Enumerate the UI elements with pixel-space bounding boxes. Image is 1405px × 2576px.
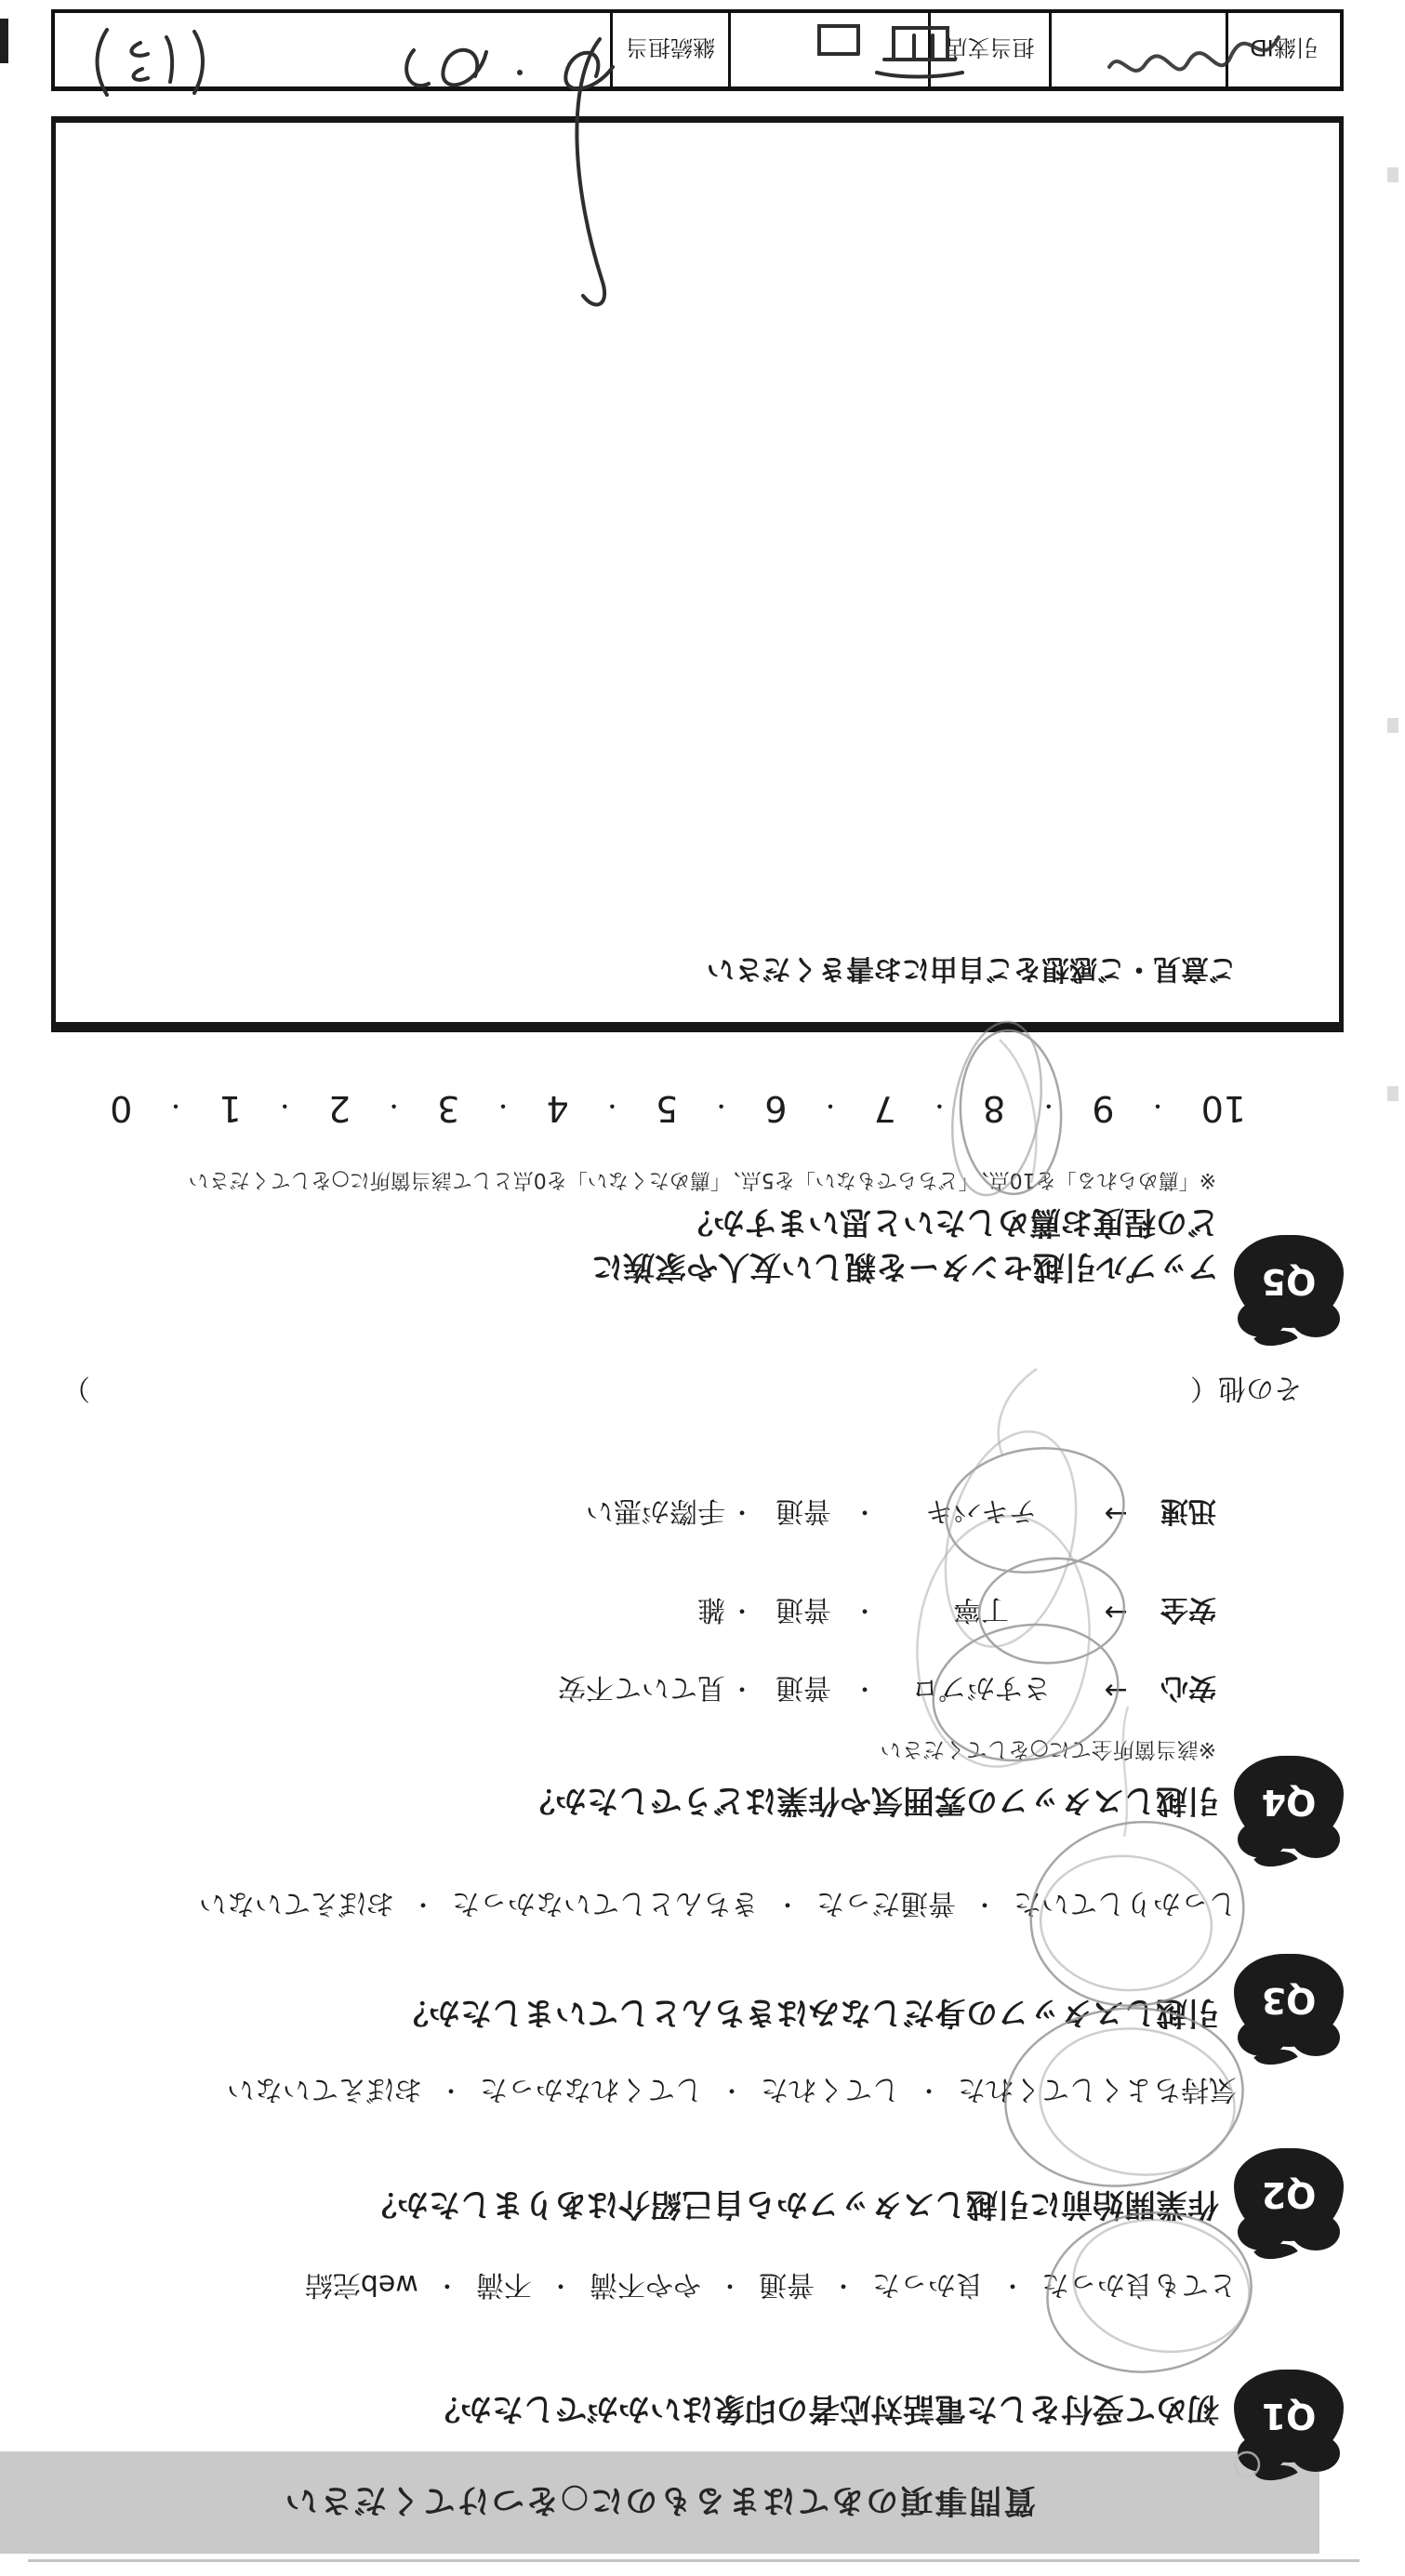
scale-separator: ・ — [492, 1093, 514, 1125]
scale-separator: ・ — [710, 1093, 733, 1125]
q4-option: 普通 — [759, 1670, 848, 1711]
option-separator: ・ — [411, 1890, 435, 1924]
q1-option: やや不満 — [590, 2267, 701, 2308]
scanned-questionnaire-page: 質問事項のあてはまるものに○をつけてください Q1 初めて受付をした電話対応者の… — [0, 0, 1405, 2576]
q3-options: しっかりしていた・ 普通だった・ きちんとしていなかった・ おぼえていない — [199, 1886, 1237, 1927]
q2-options: 気持ちよくしてくれた・ してくれた・ してくれなかった・ おぼえていない — [227, 2072, 1237, 2113]
option-separator: ・ — [549, 2271, 573, 2305]
q1-option: 良かった — [872, 2267, 984, 2308]
option-separator: ・ — [848, 1497, 881, 1532]
scale-separator: ・ — [383, 1093, 405, 1125]
option-separator: ・ — [1001, 2271, 1025, 2305]
questionnaire-document: 質問事項のあてはまるものに○をつけてください Q1 初めて受付をした電話対応者の… — [0, 0, 1405, 2576]
option-separator: ・ — [725, 1497, 759, 1532]
q3-title: 引越しスタッフの身だしなみはきちんとしていましたか？ — [397, 1993, 1219, 2038]
q2-title: 作業開始前に引越しスタッフから自己紹介はありましたか？ — [365, 2184, 1219, 2230]
q4-option: さすがプロ — [881, 1670, 1080, 1711]
q4-row-label: 迅速 — [1151, 1494, 1216, 1534]
q1-option: 普通 — [759, 2267, 815, 2308]
branch-value-handwritten — [731, 13, 931, 86]
q5-title-line1: アップル引越センターを親しい友人や家族に — [591, 1247, 1219, 1293]
q3-apple-badge-icon: Q3 — [1234, 1954, 1344, 2069]
q1-apple-badge-icon: Q1 — [1234, 2370, 1344, 2485]
option-separator: ・ — [831, 2271, 855, 2305]
scan-edge-mark — [0, 19, 8, 63]
q4-other-close-paren: ） — [62, 1371, 90, 1412]
scan-smudge — [1387, 718, 1398, 733]
q2-option: おぼえていない — [227, 2072, 422, 2113]
scale-number: 1 — [219, 1088, 242, 1129]
scan-smudge — [1387, 167, 1398, 182]
q1-option: とても良かった — [1041, 2267, 1237, 2308]
q4-option: 見ていて不安 — [558, 1670, 725, 1711]
option-separator: ・ — [848, 1674, 881, 1708]
q1-option: web完結 — [305, 2267, 418, 2308]
q4-other-field: その他（ — [1190, 1371, 1302, 1412]
q4-row-anshin: 安心 → さすがプロ ・ 普通 ・ 見ていて不安 — [558, 1670, 1216, 1711]
scale-number: 5 — [656, 1088, 678, 1129]
option-separator: ・ — [917, 2076, 941, 2110]
q4-row-label: 安心 — [1151, 1670, 1216, 1711]
q5-note: ※「薦められる」を10点、「どちらでもない」を5点、「薦めたくない」を0点として… — [189, 1167, 1216, 1196]
q2-apple-badge-icon: Q2 — [1234, 2148, 1344, 2264]
q4-option: 普通 — [759, 1592, 848, 1633]
option-separator: ・ — [775, 1890, 800, 1924]
scan-edge-line — [28, 2559, 1359, 2562]
handover-table: 引継ID 担当支店 継続担当 — [51, 9, 1344, 91]
q2-option: 気持ちよくしてくれた — [958, 2072, 1237, 2113]
q1-options: とても良かった・ 良かった・ 普通・ やや不満・ 不満・ web完結 — [305, 2267, 1237, 2308]
q4-option: 手際が悪い — [586, 1494, 725, 1534]
scan-smudge — [1387, 1086, 1398, 1101]
option-separator: ・ — [435, 2271, 459, 2305]
scale-separator: ・ — [601, 1093, 623, 1125]
scale-number: 3 — [437, 1088, 459, 1129]
q2-option: してくれた — [761, 2072, 900, 2113]
scale-number: 10 — [1201, 1088, 1246, 1129]
scale-number: 6 — [764, 1088, 787, 1129]
q4-note: ※該当箇所全てに○をしてください — [881, 1736, 1216, 1767]
q4-option: 普通 — [759, 1494, 848, 1534]
arrow-right-icon: → — [1080, 1498, 1151, 1531]
q3-option: おぼえていない — [199, 1886, 394, 1927]
scale-number: 8 — [983, 1088, 1005, 1129]
agent-name-handwritten — [55, 13, 613, 86]
q3-option: しっかりしていた — [1014, 1886, 1237, 1927]
scale-separator: ・ — [273, 1093, 296, 1125]
q4-row-anzen: 安全 → 丁寧 ・ 普通 ・ 雑 — [697, 1592, 1216, 1633]
scale-separator: ・ — [928, 1093, 950, 1125]
option-separator: ・ — [848, 1596, 881, 1630]
q5-title-line2: どの程度お薦めしたいと思いますか？ — [682, 1202, 1219, 1248]
scale-separator: ・ — [819, 1093, 842, 1125]
q4-option: 雑 — [697, 1592, 725, 1633]
scale-number: 2 — [328, 1088, 351, 1129]
q1-option: 不満 — [476, 2267, 532, 2308]
arrow-right-icon: → — [1080, 1675, 1151, 1707]
option-separator: ・ — [725, 1596, 759, 1630]
q5-apple-badge-icon: Q5 — [1234, 1235, 1344, 1350]
handover-id-label: 引継ID — [1228, 13, 1340, 86]
option-separator: ・ — [718, 2271, 742, 2305]
q4-title: 引越しスタッフの雰囲気や作業はどうでしたか？ — [524, 1781, 1219, 1826]
comment-box: ご意見・ご感想をご自由にお書きください — [51, 116, 1344, 1032]
handover-id-value-handwritten — [1052, 13, 1228, 86]
q4-row-label: 安全 — [1151, 1592, 1216, 1633]
option-separator: ・ — [720, 2076, 744, 2110]
comment-box-title: ご意見・ご感想をご自由にお書きください — [707, 951, 1237, 992]
arrow-right-icon: → — [1080, 1597, 1151, 1629]
q4-option: 丁寧 — [881, 1592, 1080, 1633]
option-separator: ・ — [725, 1674, 759, 1708]
q3-option: 普通だった — [816, 1886, 956, 1927]
scale-number: 0 — [110, 1088, 132, 1129]
instructions-bar: 質問事項のあてはまるものに○をつけてください — [0, 2451, 1319, 2554]
q3-option: きちんとしていなかった — [452, 1886, 759, 1927]
q1-title: 初めて受付をした電話対応者の印象はいかがでしたか？ — [429, 2389, 1219, 2435]
q5-nps-scale: 10・ 9・ 8・ 7・ 6・ 5・ 4・ 3・ 2・ 1・ 0 — [110, 1088, 1246, 1129]
option-separator: ・ — [439, 2076, 463, 2110]
q4-other-label: その他（ — [1190, 1371, 1302, 1412]
scale-number: 9 — [1092, 1088, 1114, 1129]
branch-label: 担当支店 — [931, 13, 1052, 86]
q4-apple-badge-icon: Q4 — [1234, 1756, 1344, 1871]
scale-number: 4 — [547, 1088, 569, 1129]
q4-option: テキパキ — [881, 1494, 1080, 1534]
scale-separator: ・ — [1147, 1093, 1169, 1125]
option-separator: ・ — [973, 1890, 997, 1924]
scale-separator: ・ — [1038, 1093, 1060, 1125]
scale-separator: ・ — [165, 1093, 187, 1125]
scale-number: 7 — [874, 1088, 896, 1129]
q4-row-jinsoku: 迅速 → テキパキ ・ 普通 ・ 手際が悪い — [586, 1494, 1216, 1534]
continuing-agent-label: 継続担当 — [613, 13, 731, 86]
q2-option: してくれなかった — [480, 2072, 703, 2113]
